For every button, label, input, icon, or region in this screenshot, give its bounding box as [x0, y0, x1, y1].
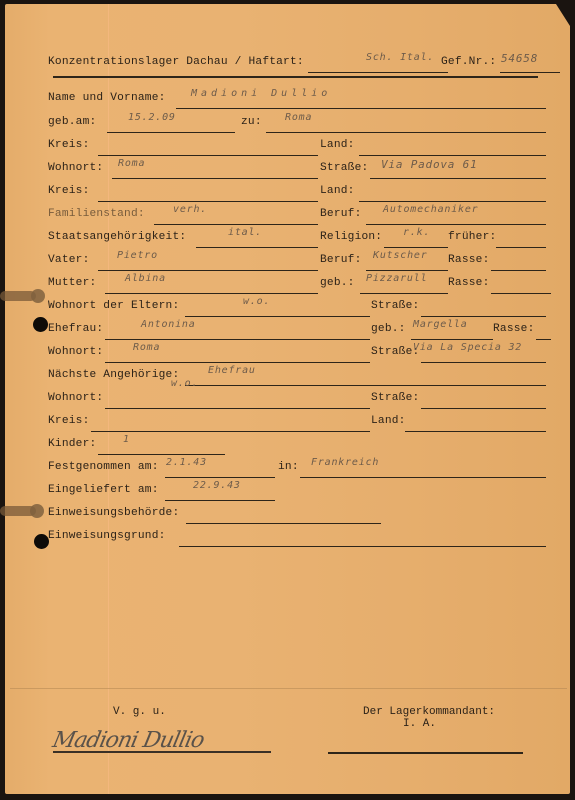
- land3-label: Land:: [371, 415, 406, 427]
- ia-label: I. A.: [403, 718, 436, 730]
- signature: Madioni Dullio: [50, 728, 206, 753]
- row-wohnort-ehefrau: Wohnort: Roma Straße: Via La Specia 32: [53, 346, 540, 364]
- commandant-label: Der Lagerkommandant:: [363, 706, 495, 718]
- ehefrau-line: [105, 339, 370, 341]
- row-wohnort-angehoerige: Wohnort: w.o. Straße:: [53, 392, 540, 410]
- religion-value: r.k.: [403, 227, 430, 238]
- beruf-line: [366, 224, 546, 226]
- einweisungsgrund-label: Einweisungsgrund:: [48, 530, 166, 542]
- einweisungsgrund-line: [179, 546, 546, 548]
- mutter-geb-value: Pizzarull: [366, 273, 427, 284]
- mutter-line: [105, 293, 318, 295]
- strasse-angehoerige-label: Straße:: [371, 392, 419, 404]
- mutter-rasse-line: [491, 293, 551, 295]
- mutter-value: Albina: [125, 273, 166, 284]
- prisoner-no-value: 54658: [501, 52, 538, 65]
- land2-label: Land:: [320, 185, 355, 197]
- wohnort-value: Roma: [118, 158, 145, 169]
- festgenommen-am-label: Festgenommen am:: [48, 461, 159, 473]
- religion-line: [384, 247, 448, 249]
- land2-line: [359, 201, 546, 203]
- kreis1-label: Kreis:: [48, 139, 89, 151]
- row-kreis2: Kreis: Land:: [53, 185, 540, 203]
- frueher-line: [496, 247, 546, 249]
- wohnort-ehefrau-line: [105, 362, 370, 364]
- kinder-value: 1: [123, 434, 130, 445]
- mutter-geb-line: [360, 293, 448, 295]
- eingeliefert-am-value: 22.9.43: [193, 480, 241, 491]
- einweisungsbehoerde-line: [186, 523, 381, 525]
- row-wohnort: Wohnort: Roma Straße: Via Padova 61: [53, 162, 540, 180]
- row-kreis1: Kreis: Land:: [53, 139, 540, 157]
- dog-ear-corner: [556, 4, 570, 26]
- eingeliefert-am-label: Eingeliefert am:: [48, 484, 159, 496]
- row-familienstand: Familienstand: verh. Beruf: Automechanik…: [53, 208, 540, 226]
- birth-date-value: 15.2.09: [128, 112, 176, 123]
- clip-head-top: [31, 289, 45, 303]
- strasse-value: Via Padova 61: [381, 158, 478, 171]
- prisoner-no-label: Gef.Nr.:: [441, 56, 496, 68]
- wohnort-label: Wohnort:: [48, 162, 103, 174]
- birth-date-line: [107, 132, 235, 134]
- strasse-ehefrau-value: Via La Specia 32: [413, 342, 522, 353]
- wohnort-angehoerige-value: w.o.: [171, 378, 198, 389]
- festgenommen-in-line: [300, 477, 546, 479]
- wohnort-angehoerige-line: [105, 408, 370, 410]
- row-wohnort-eltern: Wohnort der Eltern: w.o. Straße:: [53, 300, 540, 318]
- wohnort-ehefrau-label: Wohnort:: [48, 346, 103, 358]
- signature-line: [53, 751, 271, 753]
- vater-value: Pietro: [117, 250, 158, 261]
- ehefrau-geb-line: [411, 339, 493, 341]
- row-birth: geb.am: 15.2.09 zu: Roma: [53, 116, 540, 134]
- eingeliefert-am-line: [165, 500, 275, 502]
- ehefrau-geb-label: geb.:: [371, 323, 406, 335]
- kinder-label: Kinder:: [48, 438, 96, 450]
- row-kreis3: Kreis: Land:: [53, 415, 540, 433]
- punch-hole-bottom: [34, 534, 49, 549]
- vater-beruf-label: Beruf:: [320, 254, 361, 266]
- land1-line: [359, 155, 546, 157]
- birth-place-label: zu:: [241, 116, 262, 128]
- einweisungsbehoerde-label: Einweisungsbehörde:: [48, 507, 179, 519]
- kreis2-line: [98, 201, 318, 203]
- birth-place-value: Roma: [285, 112, 312, 123]
- fold-line: [10, 688, 567, 689]
- festgenommen-am-line: [165, 477, 275, 479]
- haftart-line: [308, 72, 448, 74]
- vater-rasse-line: [491, 270, 546, 272]
- clip-head-bottom: [30, 504, 44, 518]
- name-line: [176, 108, 546, 110]
- staatsangehoerigkeit-line: [196, 247, 318, 249]
- name-label: Name und Vorname:: [48, 92, 166, 104]
- vater-beruf-line: [366, 270, 448, 272]
- kreis3-line: [91, 431, 370, 433]
- document-page: Konzentrationslager Dachau / Haftart: Sc…: [5, 4, 570, 794]
- vater-line: [98, 270, 318, 272]
- strasse-ehefrau-line: [421, 362, 546, 364]
- wohnort-ehefrau-value: Roma: [133, 342, 160, 353]
- row-mutter: Mutter: Albina geb.: Pizzarull Rasse:: [53, 277, 540, 295]
- kinder-line: [98, 454, 225, 456]
- ehefrau-label: Ehefrau:: [48, 323, 103, 335]
- mutter-label: Mutter:: [48, 277, 96, 289]
- staatsangehoerigkeit-label: Staatsangehörigkeit:: [48, 231, 186, 243]
- naechste-angehoerige-value: Ehefrau: [208, 365, 256, 376]
- vater-beruf-value: Kutscher: [373, 250, 428, 261]
- camp-label: Konzentrationslager Dachau / Haftart:: [48, 56, 304, 68]
- row-ehefrau: Ehefrau: Antonina geb.: Margella Rasse:: [53, 323, 540, 341]
- row-einweisungsgrund: Einweisungsgrund:: [53, 530, 540, 548]
- beruf-label: Beruf:: [320, 208, 361, 220]
- ehefrau-rasse-label: Rasse:: [493, 323, 534, 335]
- row-staatsangehoerigkeit: Staatsangehörigkeit: ital. Religion: r.k…: [53, 231, 540, 249]
- header-rule: [53, 76, 538, 78]
- kreis2-label: Kreis:: [48, 185, 89, 197]
- naechste-angehoerige-line: [185, 385, 546, 387]
- familienstand-line: [154, 224, 318, 226]
- familienstand-label: Familienstand:: [48, 208, 145, 220]
- kreis1-line: [98, 155, 318, 157]
- row-naechste-angehoerige: Nächste Angehörige: Ehefrau: [53, 369, 540, 387]
- wohnort-line: [112, 178, 318, 180]
- row-name: Name und Vorname: Madioni Dullio: [53, 92, 540, 110]
- row-eingeliefert: Eingeliefert am: 22.9.43: [53, 484, 540, 502]
- land3-line: [405, 431, 546, 433]
- mutter-rasse-label: Rasse:: [448, 277, 489, 289]
- land1-label: Land:: [320, 139, 355, 151]
- row-vater: Vater: Pietro Beruf: Kutscher Rasse:: [53, 254, 540, 272]
- wohnort-eltern-line: [185, 316, 370, 318]
- ehefrau-rasse-line: [536, 339, 551, 341]
- frueher-label: früher:: [448, 231, 496, 243]
- vater-rasse-label: Rasse:: [448, 254, 489, 266]
- familienstand-value: verh.: [173, 204, 207, 215]
- festgenommen-am-value: 2.1.43: [166, 457, 207, 468]
- birth-date-label: geb.am:: [48, 116, 96, 128]
- strasse-line: [370, 178, 546, 180]
- ehefrau-geb-value: Margella: [413, 319, 468, 330]
- naechste-angehoerige-label: Nächste Angehörige:: [48, 369, 179, 381]
- vgu-label: V. g. u.: [113, 706, 166, 718]
- strasse-label: Straße:: [320, 162, 368, 174]
- festgenommen-in-label: in:: [278, 461, 299, 473]
- commandant-signature-line: [328, 752, 523, 754]
- wohnort-angehoerige-label: Wohnort:: [48, 392, 103, 404]
- punch-hole-top: [33, 317, 48, 332]
- staatsangehoerigkeit-value: ital.: [228, 227, 262, 238]
- prisoner-no-line: [500, 72, 560, 74]
- vater-label: Vater:: [48, 254, 89, 266]
- row-festgenommen: Festgenommen am: 2.1.43 in: Frankreich: [53, 461, 540, 479]
- strasse-eltern-label: Straße:: [371, 300, 419, 312]
- beruf-value: Automechaniker: [383, 204, 479, 215]
- birth-place-line: [266, 132, 546, 134]
- row-einweisungsbehoerde: Einweisungsbehörde:: [53, 507, 540, 525]
- kreis3-label: Kreis:: [48, 415, 89, 427]
- row-kinder: Kinder: 1: [53, 438, 540, 456]
- wohnort-eltern-label: Wohnort der Eltern:: [48, 300, 179, 312]
- name-value: Madioni Dullio: [191, 88, 331, 99]
- religion-label: Religion:: [320, 231, 382, 243]
- ehefrau-value: Antonina: [141, 319, 196, 330]
- strasse-eltern-line: [421, 316, 546, 318]
- festgenommen-in-value: Frankreich: [311, 457, 379, 468]
- strasse-angehoerige-line: [421, 408, 546, 410]
- haftart-value: Sch. Ital.: [366, 52, 434, 63]
- wohnort-eltern-value: w.o.: [243, 296, 270, 307]
- mutter-geb-label: geb.:: [320, 277, 355, 289]
- header-row: Konzentrationslager Dachau / Haftart: Sc…: [53, 56, 540, 74]
